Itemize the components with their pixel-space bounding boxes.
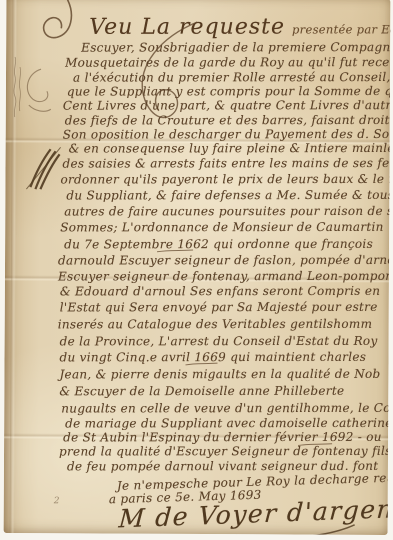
manuscript-line: l'Estat qui Sera envoyé par Sa Majesté p… bbox=[60, 300, 378, 315]
manuscript-line: de mariage du Suppliant avec damoiselle … bbox=[65, 416, 390, 431]
margin-figure: 2 bbox=[54, 496, 60, 506]
manuscript-line: darnould Escuyer seigneur de faslon, pom… bbox=[58, 253, 390, 268]
opening-phrase: Veu La requeste bbox=[89, 14, 285, 39]
fold-crease-vertical bbox=[10, 0, 18, 535]
manuscript-line: ordonner qu'ils payeront le prix de leur… bbox=[60, 172, 390, 187]
margin-paraphe-mark bbox=[30, 149, 59, 189]
manuscript-line: de la Province, L'arrest du Conseil d'Es… bbox=[60, 334, 378, 349]
opening-continuation: presentée par Edouard Darnoul- bbox=[292, 22, 390, 36]
manuscript-photo: Veu La requestepresentée par Edouard Dar… bbox=[0, 0, 393, 540]
manuscript-line: Escuyer, Sousbrigadier de la premiere Co… bbox=[81, 40, 390, 55]
manuscript-line: Son oposition le descharger du Payement … bbox=[63, 127, 391, 142]
manuscript-line: Escuyer seigneur de fontenay, armand Leo… bbox=[58, 269, 390, 284]
manuscript-line: a l'éxécution du premier Rolle arresté a… bbox=[73, 70, 390, 85]
manuscript-line: Sommes; L'ordonnance de Monsieur de Caum… bbox=[60, 220, 383, 235]
manuscript-line: que le Suppliant y est compris pour la S… bbox=[67, 84, 390, 99]
manuscript-line: Cent Livres d'une part, & quatre Cent Li… bbox=[63, 98, 391, 113]
manuscript-line: du 7e Septembre 1662 qui ordonne que fra… bbox=[64, 237, 373, 252]
manuscript-line: de St Aubin l'Espinay du dernier février… bbox=[63, 430, 382, 445]
manuscript-line: & Edouard d'arnoul Ses enfans seront Com… bbox=[60, 284, 380, 299]
manuscript-line: inserés au Catalogue des Veritables gent… bbox=[58, 317, 373, 332]
margin-paraphe-upstroke-mark bbox=[26, 147, 60, 189]
manuscript-line: nugaults en celle de veuve d'un gentilho… bbox=[61, 401, 390, 416]
manuscript-line: des saisies & arrests faits entre les ma… bbox=[63, 156, 391, 171]
manuscript-line: des fiefs de la Crouture et des barres, … bbox=[65, 113, 391, 128]
manuscript-content: Veu La requestepresentée par Edouard Dar… bbox=[4, 0, 391, 535]
manuscript-line: du Suppliant, & faire defenses a Me. Sum… bbox=[66, 188, 390, 203]
paper: Veu La requestepresentée par Edouard Dar… bbox=[4, 0, 391, 535]
notary-flourish-mark bbox=[44, 0, 72, 38]
manuscript-line: du vingt Cinq.e avril 1669 qui maintient… bbox=[60, 350, 367, 365]
manuscript-line: Jean, & pierre denis migaults en la qual… bbox=[59, 367, 380, 382]
margin-c-flourish-mark bbox=[27, 69, 51, 111]
manuscript-line: autres de faire aucunes poursuites pour … bbox=[64, 204, 390, 219]
manuscript-line: & en consequense luy faire pleine & Inti… bbox=[69, 141, 391, 156]
manuscript-line: prend la qualité d'Escuyer Seigneur de f… bbox=[59, 444, 390, 459]
manuscript-line: Mousquetaires de la garde du Roy au qu'i… bbox=[65, 55, 390, 70]
opening-line: Veu La requestepresentée par Edouard Dar… bbox=[89, 14, 390, 40]
manuscript-line: & Escuyer de la Demoiselle anne Phillebe… bbox=[59, 384, 344, 398]
manuscript-line: de feu pompée darnoul vivant seigneur du… bbox=[67, 459, 378, 474]
